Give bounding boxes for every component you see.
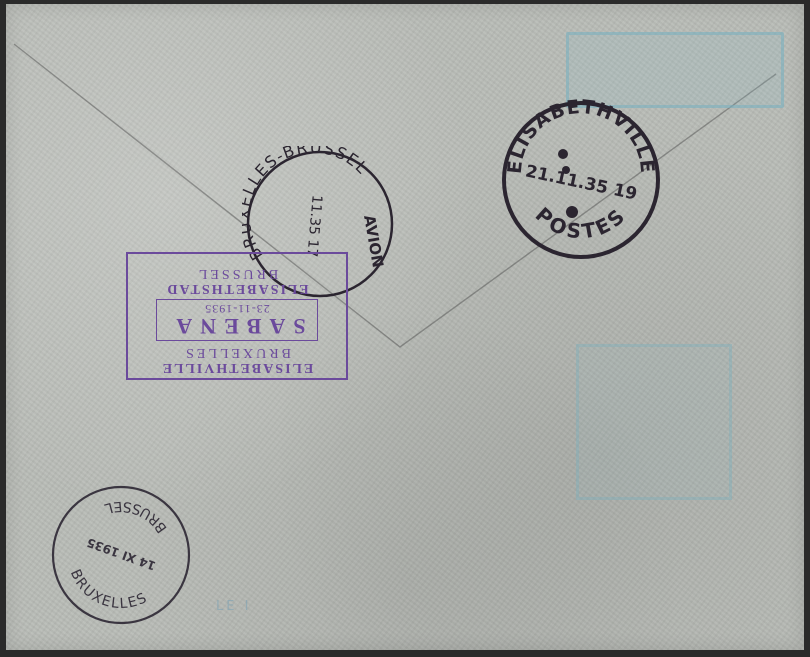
cachet-line-elisabethstad: ELISABETHSTAD — [128, 280, 346, 295]
postmark-bottom-date: 14 XI 1935 — [85, 535, 158, 573]
cachet-line-date: 23-11-1935 — [157, 302, 317, 315]
svg-text:POSTES: POSTES — [531, 202, 631, 243]
cachet-line-sabena: SABENA — [157, 315, 317, 338]
ghost-offset-text: LE I — [216, 599, 251, 614]
postmark-bruxelles-date: 11.35 17 — [303, 194, 324, 258]
cachet-line-brussel: BRUSSEL — [128, 266, 346, 281]
stamp-offset-ghost-middle — [576, 344, 732, 500]
postmark-bottom-bottom: BRUSSEL — [97, 489, 175, 539]
postmark-elisabethville-date: 21.11.35 19 — [524, 161, 639, 204]
postmark-bruxelles-avion-label: AVION — [360, 214, 387, 269]
envelope-back: LE I ELISABETHVILLE POSTES 21.11.35 19 B… — [6, 4, 804, 650]
cachet-line-elisabethville: ELISABETHVILLE — [128, 359, 346, 374]
postmark-bottom-top: BRUXELLES — [60, 563, 155, 624]
postmark-elisabethville-bottom: POSTES — [531, 202, 631, 243]
cachet-line-bruxelles: BRUXELLES — [128, 345, 346, 360]
sabena-cachet: ELISABETHVILLE BRUXELLES SABENA 23-11-19… — [126, 252, 348, 380]
svg-text:BRUXELLES: BRUXELLES — [60, 563, 155, 624]
svg-text:BRUSSEL: BRUSSEL — [97, 489, 175, 539]
postmark-elisabethville: ELISABETHVILLE POSTES 21.11.35 19 — [496, 92, 666, 262]
postmark-bruxelles-bottom: BRUXELLES BRUSSEL 14 XI 1935 — [48, 482, 194, 628]
